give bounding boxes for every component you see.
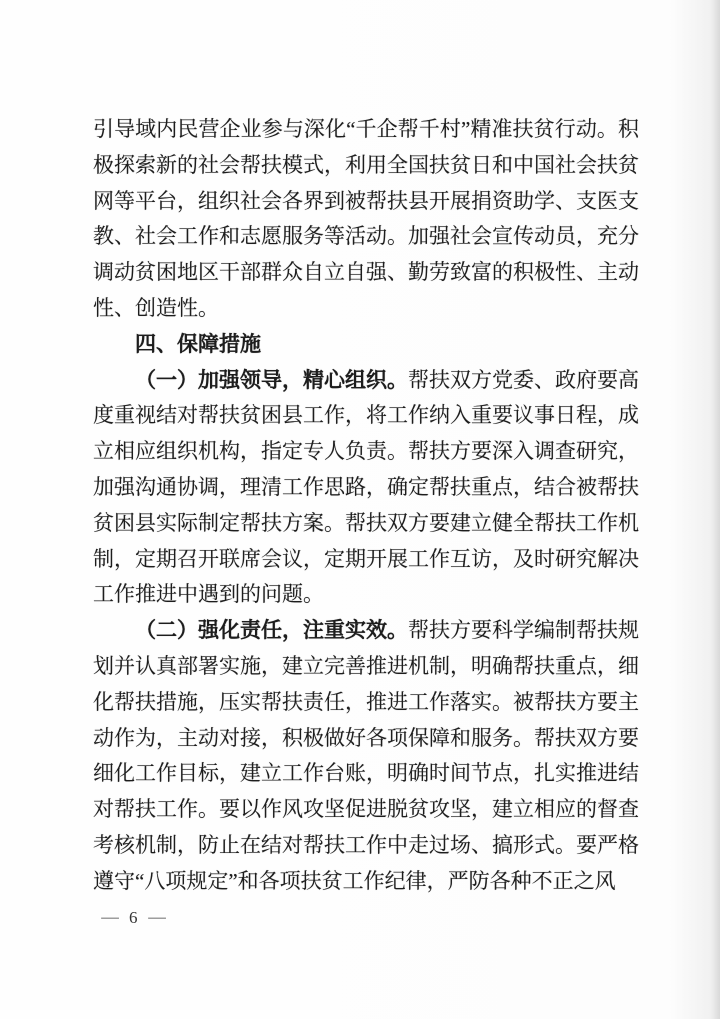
- section-heading: 四、保障措施: [93, 327, 639, 363]
- paragraph-two-text: 帮扶方要科学编制帮扶规划并认真部署实施，建立完善推进机制，明确帮扶重点，细化帮扶…: [93, 618, 639, 893]
- footer-dash-left: —: [101, 908, 119, 928]
- footer-dash-right: —: [148, 908, 166, 928]
- scan-edge-shading: [710, 0, 720, 1019]
- document-body: 引导域内民营企业参与深化“千企帮千村”精准扶贫行动。积极探索新的社会帮扶模式，利…: [93, 112, 639, 900]
- paragraph-two-lead: （二）强化责任，注重实效。: [135, 618, 408, 642]
- paragraph-continuation: 引导域内民营企业参与深化“千企帮千村”精准扶贫行动。积极探索新的社会帮扶模式，利…: [93, 112, 639, 327]
- paragraph-one-lead: （一）加强领导，精心组织。: [135, 368, 408, 392]
- paragraph-one-text: 帮扶双方党委、政府要高度重视结对帮扶贫困县工作，将工作纳入重要议事日程，成立相应…: [93, 368, 639, 607]
- document-page: 引导域内民营企业参与深化“千企帮千村”精准扶贫行动。积极探索新的社会帮扶模式，利…: [0, 0, 720, 1019]
- paragraph-one: （一）加强领导，精心组织。帮扶双方党委、政府要高度重视结对帮扶贫困县工作，将工作…: [93, 363, 639, 614]
- paragraph-two: （二）强化责任，注重实效。帮扶方要科学编制帮扶规划并认真部署实施，建立完善推进机…: [93, 613, 639, 899]
- page-footer: — 6 —: [102, 908, 165, 928]
- page-number: 6: [129, 908, 138, 928]
